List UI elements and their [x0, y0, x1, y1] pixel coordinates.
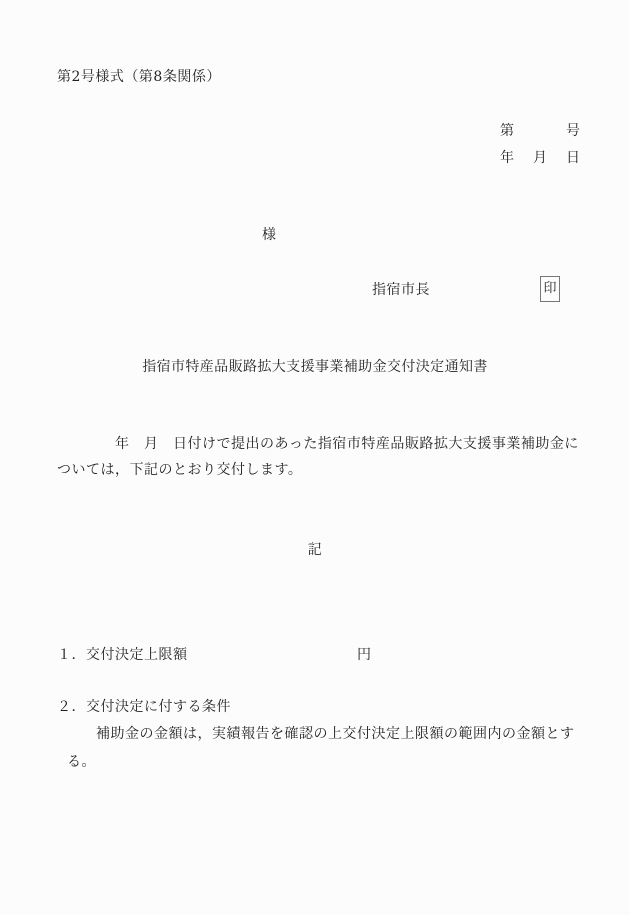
item2-condition-line2: る。: [67, 754, 96, 770]
doc-number-line: 第 号: [500, 123, 583, 139]
body-paragraph-line1: 年 月 日付けで提出のあった指宿市特産品販路拡大支援事業補助金に: [57, 436, 579, 452]
form-number: 第2号様式（第8条関係）: [57, 69, 221, 85]
item1-unit: 円: [357, 647, 372, 663]
ki-mark: 記: [0, 542, 630, 558]
seal-box: 印: [540, 276, 560, 302]
addressee-honorific: 様: [262, 227, 277, 243]
seal-mark: 印: [543, 281, 556, 296]
body-paragraph-line2: ついては，下記のとおり交付します。: [57, 462, 302, 478]
document-title: 指宿市特産品販路拡大支援事業補助金交付決定通知書: [0, 359, 630, 375]
document-page: 第2号様式（第8条関係） 第 号 年 月 日 様 指宿市長 印 指宿市特産品販路…: [0, 0, 630, 915]
date-line: 年 月 日: [500, 150, 583, 166]
item1-label: １．交付決定上限額: [57, 647, 188, 663]
item2-label: ２．交付決定に付する条件: [57, 699, 231, 715]
item2-condition-line1: 補助金の金額は，実績報告を確認の上交付決定上限額の範囲内の金額とす: [67, 726, 575, 742]
sender-name: 指宿市長: [372, 282, 430, 298]
